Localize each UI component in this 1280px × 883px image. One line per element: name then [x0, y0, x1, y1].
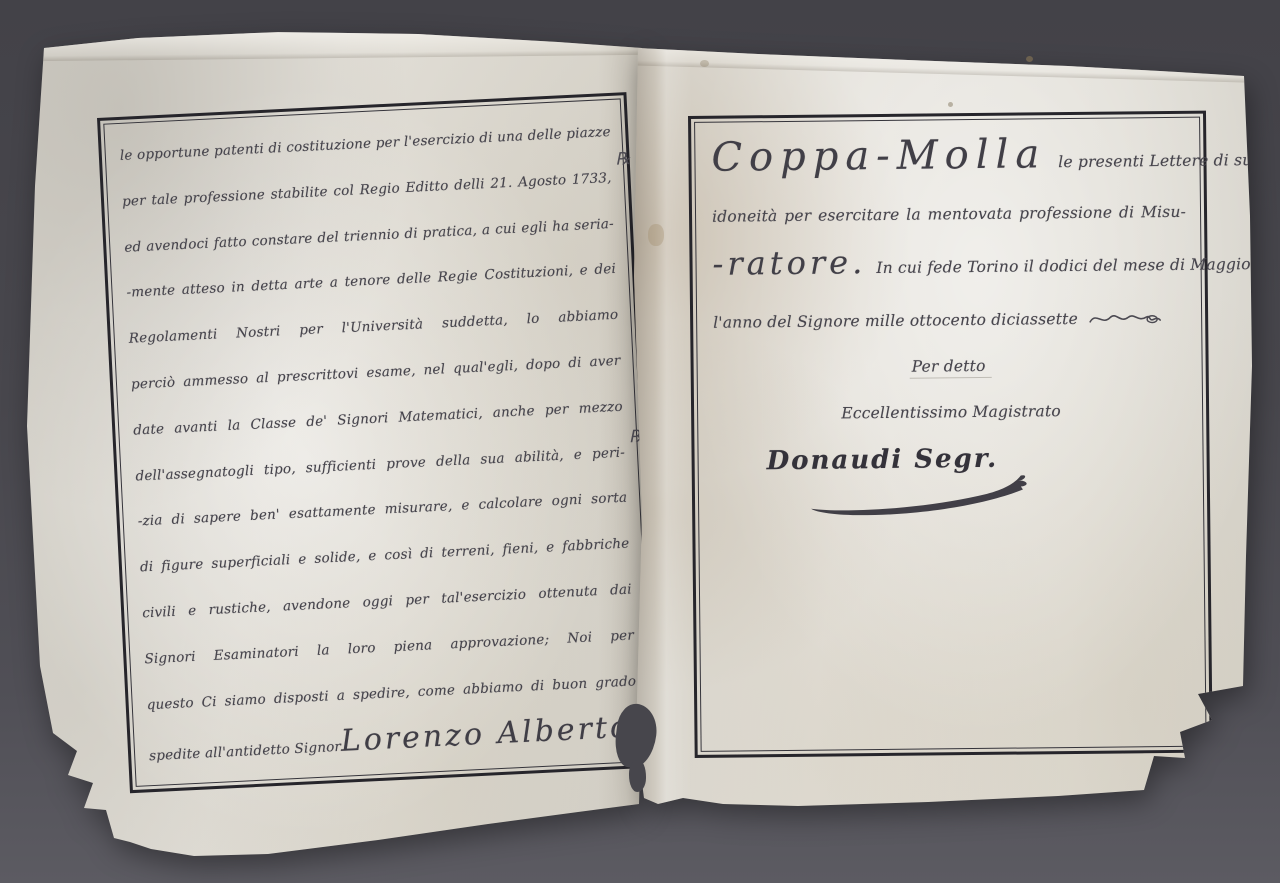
foxing-spot: [648, 224, 664, 246]
foxing-spot: [1026, 56, 1033, 62]
paper-fold-edge: [632, 39, 1248, 82]
right-page-text: Coppa-Molla le presenti Lettere di sua i…: [711, 130, 1191, 743]
right-page-border-frame: Coppa-Molla le presenti Lettere di sua i…: [688, 111, 1213, 758]
signature-flourish-icon: [807, 473, 1037, 517]
manuscript-opening-line: Coppa-Molla le presenti Lettere di sua: [711, 130, 1186, 197]
manuscript-line: idoneità per esercitare la mentovata pro…: [712, 192, 1186, 245]
signature-text: Donaudi Segr.: [766, 444, 998, 476]
per-detto-text: Per detto: [910, 357, 992, 379]
manuscript-line: -ratore. In cui fede Torino il dodici de…: [712, 240, 1187, 299]
per-detto-line: Per detto: [713, 342, 1187, 393]
year-line: l'anno del Signore mille ottocento dicia…: [713, 298, 1078, 344]
profession-word: -ratore.: [712, 243, 866, 283]
photo-backdrop: le opportune patenti di costituzione per…: [0, 0, 1280, 883]
candidate-name: Coppa-Molla: [711, 131, 1046, 181]
flourish-icon: [1088, 308, 1162, 329]
signature-block: Donaudi Segr.: [714, 434, 1189, 523]
foxing-spot: [700, 60, 709, 67]
torn-hole: [629, 760, 646, 792]
right-page-paper: Coppa-Molla le presenti Lettere di sua i…: [628, 36, 1268, 822]
foxing-spot: [948, 102, 953, 107]
magistrato-line: Eccellentissimo Magistrato: [714, 388, 1188, 439]
opening-continuation: le presenti Lettere di sua: [1058, 151, 1262, 171]
manuscript-line: l'anno del Signore mille ottocento dicia…: [713, 294, 1187, 347]
